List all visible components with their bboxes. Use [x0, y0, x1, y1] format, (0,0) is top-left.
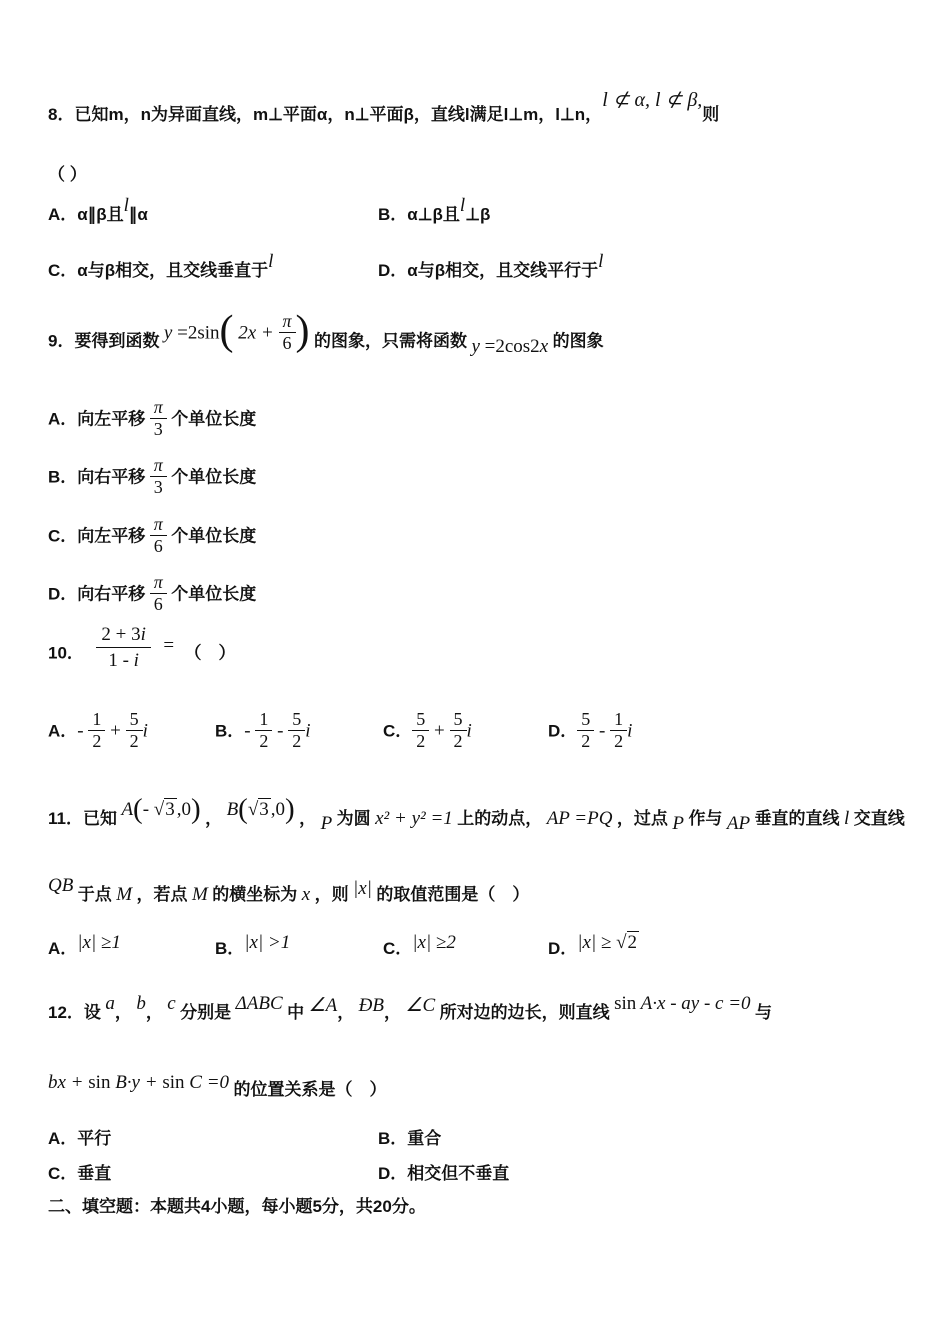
q10-option-a-frac2: 52 [126, 710, 143, 751]
q8-option-d: D．α与β相交，且交线平行于l [378, 256, 603, 282]
q9-option-d-num: π [150, 573, 167, 594]
q10-option-a-frac1: 12 [88, 710, 105, 751]
q10-option-d-frac2: 12 [610, 710, 627, 751]
q10-d-f2n: 1 [610, 710, 627, 731]
section-2-header: 二、填空题：本题共4小题，每小题5分，共20分。 [48, 1192, 922, 1226]
q10-option-b-label: B． [215, 722, 244, 741]
q10-option-c-op: + [429, 721, 449, 742]
q8-option-b-math: l [460, 195, 465, 217]
q11-point-a-math: A(- √3,0) [121, 798, 200, 821]
q9-option-d-post: 个单位长度 [171, 585, 256, 604]
q8-option-b: B．α⊥β且l⊥β [378, 200, 490, 226]
q11-text-10: ，则 [315, 885, 349, 904]
q8-option-c-math: l [268, 251, 273, 273]
q11-ptA-radicand: 3 [164, 798, 177, 819]
q10-c-f1d: 2 [412, 731, 429, 751]
q11-stem-text-1: 11．已知 [48, 809, 117, 828]
q9-option-c: C．向左平移 π6 个单位长度 [48, 517, 922, 567]
q10-option-d-label: D． [548, 722, 577, 741]
q9-f2-mid: =2cos2 [480, 336, 540, 357]
q8-stem-text-2: 则 [702, 105, 719, 124]
q8-option-a-math: l [124, 195, 129, 217]
q11-options-row: A．|x| ≥1 B．|x| >1 C．|x| ≥2 D．|x| ≥ √2 [48, 934, 922, 980]
q10-option-a-label: A． [48, 722, 77, 741]
q12-comma-3: ， [337, 1003, 354, 1022]
q11-option-d-radical-sign: √ [616, 932, 626, 953]
q11-option-b: B．|x| >1 [215, 934, 290, 960]
q11-option-a-label: A． [48, 939, 77, 958]
exam-page: 8．已知m，n为异面直线，m⊥平面α，n⊥平面β，直线l满足l⊥m，l⊥n，l … [0, 0, 950, 1344]
q11-text-1: 为圆 [337, 809, 371, 828]
q11-comma-2: ， [299, 809, 316, 828]
q9-stem-text-1: 9．要得到函数 [48, 332, 159, 351]
q10-options-row: A．- 12 + 52i B．- 12 - 52i C．52 + 52i D．5… [48, 712, 922, 772]
q10-option-b-op: - [272, 721, 288, 742]
q10-frac-den-a: 1 - [108, 650, 133, 671]
q11-ptB-radical-sign: √ [248, 799, 258, 820]
q11-option-d-value: |x| ≥ [577, 932, 616, 953]
q10-option-b-frac2: 52 [288, 710, 305, 751]
q11-ptA-rparen: ) [191, 793, 201, 825]
q11-option-d-radicand: 2 [627, 931, 640, 952]
q11-x: x [302, 884, 310, 905]
q12-eq1-body: A·x - ay - c =0 [636, 993, 750, 1014]
q10-number: 10． [48, 644, 84, 663]
q10-c-f2n: 5 [450, 710, 467, 731]
q9-option-a-pre: A．向左平移 [48, 410, 145, 429]
q10-b-f2n: 5 [288, 710, 305, 731]
q9-option-d-den: 6 [150, 594, 167, 614]
q12-angle-c: ∠C [405, 995, 435, 1016]
q9-option-c-num: π [150, 515, 167, 536]
q10-frac-den-i: i [134, 650, 139, 671]
q9-option-d-frac: π6 [150, 573, 167, 614]
question-12-stem-line1: 12．设 a， b， c 分别是 ΔABC 中 ∠A， ÐB， ∠C 所对边的边… [48, 998, 922, 1048]
q12-eq2-sin1: sin [88, 1072, 110, 1093]
q12-options-row-cd: C．垂直 D．相交但不垂直 [48, 1159, 922, 1193]
q9-f2-y: y [471, 336, 479, 357]
q9-stem-text-3: 的图象 [553, 332, 604, 351]
q12-stem-text-1: 12．设 [48, 1003, 101, 1022]
q9-f1-inner: 2x + [234, 323, 279, 344]
q9-option-c-pre: C．向左平移 [48, 527, 145, 546]
q9-f1-frac-num: π [279, 312, 296, 333]
q10-option-c-label: C． [383, 722, 412, 741]
q11-option-c-value: |x| ≥2 [412, 932, 456, 953]
q11-text-6: 交直线 [854, 809, 905, 828]
q11-ap: AP [727, 813, 750, 834]
q10-frac-den: 1 - i [96, 648, 151, 672]
q10-option-b: B．- 12 - 52i [215, 712, 310, 753]
q8-option-c-label: C．α与β相交，且交线垂直于 [48, 261, 268, 280]
q9-option-b-pre: B．向右平移 [48, 468, 145, 487]
question-10-stem: 10． 2 + 3i1 - i = （ ） [48, 630, 922, 694]
q12-var-a: a [105, 993, 115, 1015]
q10-a-f1d: 2 [88, 731, 105, 751]
q11-ptB-rparen: ) [285, 793, 295, 825]
q8-paren-text: （ ） [48, 165, 87, 184]
q9-option-d-pre: D．向右平移 [48, 585, 145, 604]
q11-text-8: ，若点 [137, 885, 188, 904]
q12-var-b: b [136, 993, 146, 1015]
q8-option-d-math: l [598, 251, 603, 273]
q10-d-f1d: 2 [577, 731, 594, 751]
q11-ptB-tail: ,0 [271, 799, 285, 820]
q10-option-a-i: i [143, 721, 148, 742]
q8-option-d-label: D．α与β相交，且交线平行于 [378, 261, 598, 280]
q10-option-a: A．- 12 + 52i [48, 712, 148, 753]
q8-options-row-ab: A．α∥β且l∥α B．α⊥β且l⊥β [48, 200, 922, 244]
q10-paren: （ ） [185, 644, 236, 663]
q10-b-f2d: 2 [288, 731, 305, 751]
q9-option-b-post: 个单位长度 [171, 468, 256, 487]
q11-text-5: 垂直的直线 [755, 809, 840, 828]
q12-eq2-sin2: sin [162, 1072, 184, 1093]
q9-f1-rparen: ) [296, 308, 310, 354]
q10-frac-num-a: 2 + 3 [101, 624, 140, 645]
q10-equals: = [163, 635, 174, 656]
q9-f2-x: x [540, 336, 548, 357]
q9-option-a-den: 3 [150, 419, 167, 439]
q12-text-1: 分别是 [180, 1003, 231, 1022]
q12-eq2-c0: C =0 [185, 1072, 230, 1093]
question-9-stem: 9．要得到函数 y =2sin( 2x + π6) 的图象，只需将函数 y =2… [48, 322, 922, 382]
q10-b-f1d: 2 [255, 731, 272, 751]
q9-option-d: D．向右平移 π6 个单位长度 [48, 575, 922, 625]
q8-stem-text-1: 8．已知m，n为异面直线，m⊥平面α，n⊥平面β，直线l满足l⊥m，l⊥n， [48, 105, 602, 124]
q11-option-d-label: D． [548, 939, 577, 958]
q12-comma-2: ， [146, 1003, 163, 1022]
q8-answer-paren: （ ） [48, 160, 922, 194]
q11-ptA-minus: - [143, 799, 154, 820]
q8-option-a-label: A．α∥β且 [48, 205, 124, 224]
q8-option-b-label: B．α⊥β且 [378, 205, 460, 224]
q8-option-c: C．α与β相交，且交线垂直于l [48, 256, 273, 282]
q9-f1-frac-den: 6 [279, 333, 296, 353]
q12-option-a: A．平行 [48, 1124, 111, 1149]
q11-ptA-radical-sign: √ [154, 799, 164, 820]
q12-option-c: C．垂直 [48, 1159, 111, 1184]
q9-option-a-frac: π3 [150, 398, 167, 439]
q9-option-a-num: π [150, 398, 167, 419]
q9-f1-lparen: ( [220, 308, 234, 354]
q10-option-d: D．52 - 12i [548, 712, 632, 753]
q8-options-row-cd: C．α与β相交，且交线垂直于l D．α与β相交，且交线平行于l [48, 256, 922, 300]
q11-option-b-label: B． [215, 939, 244, 958]
q10-c-f2d: 2 [450, 731, 467, 751]
q11-abs-x: |x| [353, 878, 372, 899]
q11-ptB-lparen: ( [238, 793, 248, 825]
q12-text-5: 的位置关系是（ ） [233, 1080, 386, 1099]
q12-var-c: c [167, 993, 175, 1015]
q9-option-c-den: 6 [150, 536, 167, 556]
section-2-header-text: 二、填空题：本题共4小题，每小题5分，共20分。 [48, 1197, 426, 1216]
q8-stem-math: l ⊄ α, l ⊄ β, [602, 89, 702, 111]
q12-triangle-abc: ΔABC [236, 993, 283, 1015]
q10-c-f1n: 5 [412, 710, 429, 731]
q11-point-b-math: B(√3,0) [227, 798, 295, 821]
q10-a-f1n: 1 [88, 710, 105, 731]
q9-option-a-post: 个单位长度 [171, 410, 256, 429]
q12-eq2-by: B·y + [110, 1072, 162, 1093]
q12-eq2-bx: bx + [48, 1072, 88, 1093]
q11-text-9: 的横坐标为 [212, 885, 297, 904]
q9-option-c-frac: π6 [150, 515, 167, 556]
q10-option-d-frac1: 52 [577, 710, 594, 751]
q10-option-c: C．52 + 52i [383, 712, 472, 753]
q11-ap-pq: AP =PQ [547, 808, 613, 829]
q8-option-a-tail: ∥α [129, 205, 148, 224]
q8-option-a: A．α∥β且l∥α [48, 200, 148, 226]
q10-frac-num: 2 + 3i [96, 623, 151, 648]
q11-ptA-name: A [121, 799, 133, 820]
question-12-stem-line2: bx + sin B·y + sin C =0 的位置关系是（ ） [48, 1068, 922, 1112]
q12-angle-b: ÐB [359, 995, 384, 1016]
q12-text-3: 所对边的边长，则直线 [440, 1003, 610, 1022]
q11-text-7: 于点 [78, 885, 112, 904]
q11-point-p: P [321, 813, 333, 834]
q11-ptB-radicand: 3 [258, 798, 271, 819]
question-11-stem-line2: QB 于点 M ，若点 M 的横坐标为 x ，则 |x| 的取值范围是（ ） [48, 880, 922, 924]
q12-line-equation-1: sin A·x - ay - c =0 [614, 993, 750, 1015]
q11-option-c-label: C． [383, 939, 412, 958]
q12-option-b: B．重合 [378, 1124, 441, 1149]
q10-d-f2d: 2 [610, 731, 627, 751]
q10-frac-num-i: i [141, 624, 146, 645]
q10-option-c-i: i [467, 721, 472, 742]
q10-option-d-op: - [594, 721, 610, 742]
q10-option-c-frac2: 52 [450, 710, 467, 751]
q11-text-2: 上的动点， [457, 809, 542, 828]
q11-comma-1: ， [205, 809, 222, 828]
q10-b-f1n: 1 [255, 710, 272, 731]
q9-option-b: B．向右平移 π3 个单位长度 [48, 458, 922, 508]
q12-comma-1: ， [115, 1003, 132, 1022]
q9-f1-frac: π6 [279, 312, 296, 353]
q11-ptA-lparen: ( [133, 793, 143, 825]
q10-option-b-frac1: 12 [255, 710, 272, 751]
q12-options-row-ab: A．平行 B．重合 [48, 1124, 922, 1158]
q11-point-p-2: P [672, 813, 684, 834]
q11-point-m-1: M [116, 884, 132, 905]
q11-text-11: 的取值范围是（ ） [376, 885, 529, 904]
q9-option-b-frac: π3 [150, 456, 167, 497]
q10-a-f2d: 2 [126, 731, 143, 751]
q11-point-m-2: M [192, 884, 208, 905]
q10-option-a-op: + [105, 721, 125, 742]
q11-option-a-value: |x| ≥1 [77, 932, 121, 953]
q10-option-b-neg: - [244, 721, 255, 742]
q12-angle-a: ∠A [309, 995, 338, 1016]
q12-text-4: 与 [755, 1003, 772, 1022]
q11-text-3: ，过点 [617, 809, 668, 828]
q10-a-f2n: 5 [126, 710, 143, 731]
q11-line-l: l [844, 808, 849, 829]
question-11-stem-line1: 11．已知 A(- √3,0) ， B(√3,0) ， P 为圆 x² + y²… [48, 804, 922, 860]
q12-text-2: 中 [287, 1003, 304, 1022]
q9-f1-eq: =2sin [172, 323, 219, 344]
q12-comma-4: ， [384, 1003, 401, 1022]
q11-text-4: 作与 [688, 809, 722, 828]
q10-d-f1n: 5 [577, 710, 594, 731]
q9-option-b-den: 3 [150, 477, 167, 497]
q10-fraction: 2 + 3i1 - i [96, 623, 151, 672]
q11-circle-equation: x² + y² =1 [375, 808, 453, 829]
q11-ptA-tail: ,0 [177, 799, 191, 820]
q10-option-c-frac1: 52 [412, 710, 429, 751]
q9-stem-text-2: 的图象，只需将函数 [314, 332, 467, 351]
q11-ptB-name: B [227, 799, 239, 820]
q12-option-d: D．相交但不垂直 [378, 1159, 509, 1184]
q10-option-d-i: i [627, 721, 632, 742]
q9-option-a: A．向左平移 π3 个单位长度 [48, 400, 922, 450]
q10-option-a-neg: - [77, 721, 88, 742]
q12-eq1-sin: sin [614, 993, 636, 1014]
q11-qb: QB [48, 875, 73, 897]
q9-formula-sin: y =2sin( 2x + π6) [164, 314, 310, 355]
q10-option-b-i: i [305, 721, 310, 742]
q9-option-b-num: π [150, 456, 167, 477]
q9-option-c-post: 个单位长度 [171, 527, 256, 546]
q11-option-a: A．|x| ≥1 [48, 934, 121, 960]
q11-option-d: D．|x| ≥ √2 [548, 934, 639, 960]
q11-option-c: C．|x| ≥2 [383, 934, 456, 960]
q8-option-b-tail: ⊥β [465, 205, 490, 224]
q11-option-b-value: |x| >1 [244, 932, 290, 953]
question-8-stem: 8．已知m，n为异面直线，m⊥平面α，n⊥平面β，直线l满足l⊥m，l⊥n，l … [48, 100, 922, 144]
